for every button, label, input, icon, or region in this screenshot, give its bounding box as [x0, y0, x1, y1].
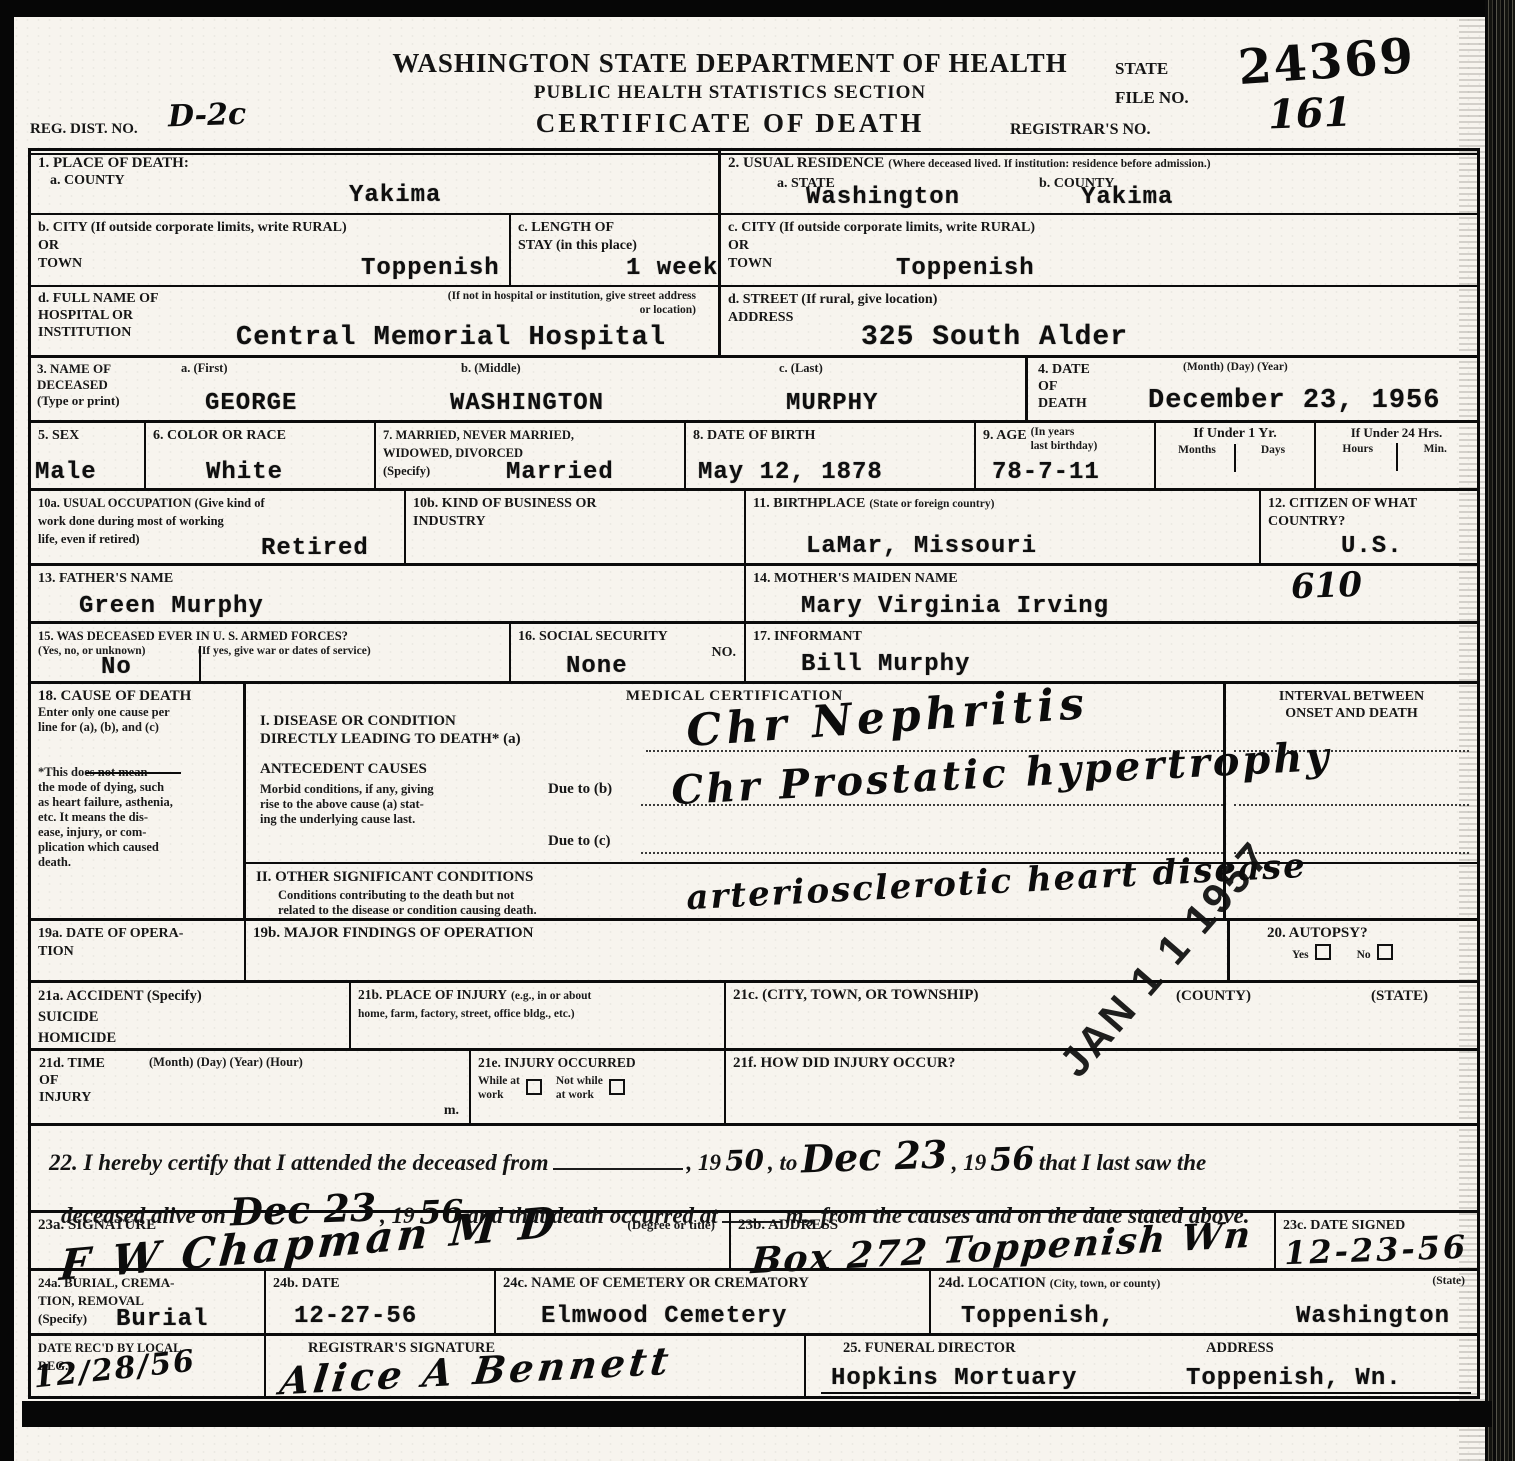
state-file-label: STATE FILE NO. — [1115, 55, 1189, 113]
field-date-of-operation: 19a. DATE OF OPERA- TION — [31, 921, 246, 980]
name-middle-value: WASHINGTON — [450, 390, 604, 417]
disease-label: I. DISEASE OR CONDITION DIRECTLY LEADING… — [260, 712, 521, 749]
row-signature: 23a. SIGNATURE (Degree or title) F W Cha… — [31, 1213, 1477, 1271]
field-birthplace: 11. BIRTHPLACE (State or foreign country… — [746, 491, 1261, 563]
under1yr-label: If Under 1 Yr. — [1160, 425, 1310, 442]
field-pod-city: b. CITY (If outside corporate limits, wr… — [31, 215, 511, 287]
field-res-street: d. STREET (If rural, give location) ADDR… — [721, 287, 1477, 355]
field-burial-type: 24a. BURIAL, CREMA- TION, REMOVAL (Speci… — [31, 1271, 266, 1333]
field-pod-stay: c. LENGTH OF STAY (in this place) 1 week — [511, 215, 718, 287]
field-age-under1yr: If Under 1 Yr. Months Days — [1156, 423, 1316, 488]
certify-to-label: , to — [768, 1150, 797, 1175]
row-parents: 13. FATHER'S NAME Green Murphy 14. MOTHE… — [31, 566, 1477, 624]
field-pod-county: 1. PLACE OF DEATH: a. COUNTY Yakima — [31, 151, 718, 215]
sex-value: Male — [35, 459, 97, 486]
dob-label: 8. DATE OF BIRTH — [693, 428, 815, 443]
field-signature: 23a. SIGNATURE (Degree or title) F W Cha… — [31, 1213, 731, 1268]
interval-label: INTERVAL BETWEEN ONSET AND DEATH — [1226, 688, 1477, 722]
field-informant: 17. INFORMANT Bill Murphy — [746, 624, 1477, 681]
pod-title: 1. PLACE OF DEATH: — [38, 155, 189, 171]
field-time-of-injury: 21d. TIME OF INJURY (Month) (Day) (Year)… — [31, 1051, 471, 1123]
certify-blank-from — [553, 1152, 683, 1170]
field-business: 10b. KIND OF BUSINESS OR INDUSTRY — [406, 491, 746, 563]
pod-hospital-paren: (If not in hospital or institution, give… — [256, 290, 696, 318]
autopsy-yes-label: Yes — [1292, 949, 1309, 961]
field-armed-forces: 15. WAS DECEASED EVER IN U. S. ARMED FOR… — [31, 624, 511, 681]
certify-to-date: Dec 23 — [801, 1131, 949, 1181]
row-injury-place: 21a. ACCIDENT (Specify) SUICIDE HOMICIDE… — [31, 983, 1477, 1051]
certificate-title: CERTIFICATE OF DEATH — [390, 108, 1070, 139]
autopsy-yes-checkbox — [1315, 944, 1331, 960]
date-operation-label: 19a. DATE OF OPERA- TION — [38, 926, 183, 959]
informant-value: Bill Murphy — [801, 651, 970, 678]
res-city-value: Toppenish — [896, 255, 1035, 282]
field-pod-hospital: d. FULL NAME OF HOSPITAL OR INSTITUTION … — [31, 287, 718, 355]
registrar-no-value: 161 — [1267, 89, 1352, 139]
res-title-paren: (Where deceased lived. If institution: r… — [888, 158, 1210, 170]
citizen-value: U.S. — [1341, 533, 1403, 560]
field-cemetery: 24c. NAME OF CEMETERY OR CREMATORY Elmwo… — [496, 1271, 931, 1333]
page-title: WASHINGTON STATE DEPARTMENT OF HEALTH — [390, 48, 1070, 79]
age-paren: (In years last birthday) — [1031, 426, 1098, 454]
due-b-label: Due to (b) — [548, 780, 612, 798]
time-injury-label: 21d. TIME OF INJURY — [39, 1055, 105, 1106]
antecedent-label: ANTECEDENT CAUSES — [260, 760, 427, 778]
field-date-received: DATE REC'D BY LOCAL REG. 12/28/56 — [31, 1336, 266, 1396]
cemetery-value: Elmwood Cemetery — [541, 1303, 787, 1330]
hours-label: Hours — [1320, 443, 1398, 471]
marital-value: Married — [506, 459, 614, 486]
field-marital: 7. MARRIED, NEVER MARRIED, WIDOWED, DIVO… — [376, 423, 686, 488]
field-injury-occurred: 21e. INJURY OCCURRED While at work Not w… — [471, 1051, 726, 1123]
row-name-dod: 3. NAME OF DECEASED (Type or print) a. (… — [31, 358, 1477, 423]
scan-edge-bottom — [22, 1401, 1492, 1427]
cause-label: 18. CAUSE OF DEATH — [38, 687, 236, 705]
injury-state-label: (STATE) — [1371, 987, 1428, 1005]
name-label: 3. NAME OF DECEASED (Type or print) — [37, 361, 120, 409]
signature-degree-label: (Degree or title) — [627, 1217, 715, 1233]
dod-paren: (Month) (Day) (Year) — [1183, 361, 1288, 375]
pod-city-label: b. CITY (If outside corporate limits, wr… — [38, 220, 347, 271]
field-age: 9. AGE (In years last birthday) 78-7-11 — [976, 423, 1156, 488]
forces-divider — [199, 646, 201, 681]
mother-label: 14. MOTHER'S MAIDEN NAME — [753, 571, 958, 586]
ssn-no-label: NO. — [712, 644, 737, 661]
cause-note1: Enter only one cause per line for (a), (… — [38, 705, 236, 735]
date-signed-value: 12-23-56 — [1283, 1228, 1468, 1272]
field-res-city: c. CITY (If outside corporate limits, wr… — [721, 215, 1477, 287]
injury-city-label: 21c. (CITY, TOWN, OR TOWNSHIP) — [733, 987, 978, 1003]
row-certify-statement: 22. I hereby certify that I attended the… — [31, 1126, 1477, 1213]
name-last-label: c. (Last) — [779, 361, 823, 376]
forces-paren2: (If yes, give war or dates of service) — [198, 645, 371, 659]
res-street-value: 325 South Alder — [861, 322, 1128, 353]
section-cause-of-death: 18. CAUSE OF DEATH Enter only one cause … — [31, 684, 246, 918]
ssn-value: None — [566, 653, 628, 680]
dod-label: 4. DATE OF DEATH — [1038, 361, 1090, 412]
field-accident: 21a. ACCIDENT (Specify) SUICIDE HOMICIDE — [31, 983, 351, 1048]
certify-part2: that I last saw the — [1039, 1150, 1206, 1175]
registrar-no-label: REGISTRAR'S NO. — [1010, 120, 1150, 140]
mother-value: Mary Virginia Irving — [801, 593, 1109, 620]
scan-edge-top — [0, 0, 1515, 17]
location-label: 24d. LOCATION — [938, 1275, 1046, 1291]
name-first-label: a. (First) — [181, 361, 228, 376]
while-at-work-label: While at work — [478, 1075, 520, 1103]
birthplace-value: LaMar, Missouri — [806, 533, 1037, 560]
race-label: 6. COLOR OR RACE — [153, 428, 286, 443]
business-label: 10b. KIND OF BUSINESS OR INDUSTRY — [413, 496, 596, 529]
burial-date-value: 12-27-56 — [294, 1303, 417, 1330]
field-dob: 8. DATE OF BIRTH May 12, 1878 — [686, 423, 976, 488]
scan-edge-right — [1485, 0, 1515, 1461]
funeral-director-value: Hopkins Mortuary — [831, 1365, 1077, 1392]
location-state-value: Washington — [1296, 1303, 1450, 1330]
not-while-at-work-checkbox — [609, 1079, 625, 1095]
mother-annotation: 610 — [1290, 565, 1362, 607]
field-sex: 5. SEX Male — [31, 423, 146, 488]
pod-county-value: Yakima — [349, 182, 441, 209]
accident-label: 21a. ACCIDENT (Specify) SUICIDE HOMICIDE — [38, 988, 202, 1046]
field-burial-location: 24d. LOCATION (City, town, or county) (S… — [931, 1271, 1477, 1333]
father-label: 13. FATHER'S NAME — [38, 571, 173, 586]
death-certificate-scan: WASHINGTON STATE DEPARTMENT OF HEALTH PU… — [0, 0, 1515, 1461]
field-signature-address: 23b. ADDRESS Box 272 Toppenish Wn — [731, 1213, 1276, 1268]
while-at-work-checkbox — [526, 1079, 542, 1095]
cause-note-divider — [86, 772, 181, 774]
field-major-findings: 19b. MAJOR FINDINGS OF OPERATION — [246, 921, 1230, 980]
funeral-director-label: 25. FUNERAL DIRECTOR — [843, 1340, 1016, 1356]
scan-streak — [1459, 0, 1485, 1461]
field-date-of-death: 4. DATE OF DEATH (Month) (Day) (Year) De… — [1028, 358, 1477, 420]
injury-occurred-label: 21e. INJURY OCCURRED — [478, 1055, 636, 1070]
time-injury-m-label: m. — [444, 1102, 459, 1119]
dob-value: May 12, 1878 — [698, 459, 883, 486]
row-forces-ssn-informant: 15. WAS DECEASED EVER IN U. S. ARMED FOR… — [31, 624, 1477, 684]
place-injury-label: 21b. PLACE OF INJURY — [358, 987, 507, 1002]
under24hrs-label: If Under 24 Hrs. — [1320, 425, 1473, 441]
sex-label: 5. SEX — [38, 428, 79, 443]
row-operation: 19a. DATE OF OPERA- TION 19b. MAJOR FIND… — [31, 921, 1477, 983]
field-funeral-director: 25. FUNERAL DIRECTOR ADDRESS Hopkins Mor… — [806, 1336, 1477, 1396]
pod-hospital-value: Central Memorial Hospital — [236, 323, 666, 353]
pod-city-value: Toppenish — [361, 255, 500, 282]
cemetery-label: 24c. NAME OF CEMETERY OR CREMATORY — [503, 1275, 809, 1291]
field-place-of-injury: 21b. PLACE OF INJURY (e.g., in or about … — [351, 983, 726, 1048]
field-citizen: 12. CITIZEN OF WHAT COUNTRY? U.S. — [1261, 491, 1477, 563]
ssn-label: 16. SOCIAL SECURITY — [518, 629, 668, 644]
birthplace-paren: (State or foreign country) — [869, 498, 994, 510]
time-injury-paren: (Month) (Day) (Year) (Hour) — [149, 1055, 303, 1070]
burial-date-label: 24b. DATE — [273, 1276, 340, 1291]
pod-stay-value: 1 week — [626, 255, 718, 282]
reg-dist-value: D-2c — [167, 97, 246, 135]
field-race: 6. COLOR OR RACE White — [146, 423, 376, 488]
certify-year-prefix1: , 19 — [687, 1150, 722, 1175]
certify-from-year: 50 — [724, 1143, 764, 1177]
burial-value: Burial — [116, 1306, 208, 1333]
row-burial: 24a. BURIAL, CREMA- TION, REMOVAL (Speci… — [31, 1271, 1477, 1336]
certify-part1: 22. I hereby certify that I attended the… — [49, 1150, 549, 1175]
reg-dist-label: REG. DIST. NO. — [30, 120, 138, 138]
field-burial-date: 24b. DATE 12-27-56 — [266, 1271, 496, 1333]
occupation-value: Retired — [261, 535, 369, 562]
pod-hospital-label: d. FULL NAME OF HOSPITAL OR INSTITUTION — [38, 290, 159, 341]
field-res-state-county: 2. USUAL RESIDENCE (Where deceased lived… — [721, 151, 1477, 215]
race-value: White — [206, 459, 283, 486]
funeral-address-label: ADDRESS — [1206, 1340, 1274, 1358]
certificate-form: 1. PLACE OF DEATH: a. COUNTY Yakima b. C… — [28, 148, 1480, 1399]
certify-year-prefix2: , 19 — [952, 1150, 987, 1175]
funeral-underline — [821, 1392, 1471, 1394]
autopsy-label: 20. AUTOPSY? — [1267, 925, 1368, 941]
birthplace-label: 11. BIRTHPLACE — [753, 496, 865, 511]
pod-stay-label: c. LENGTH OF STAY (in this place) — [518, 220, 637, 253]
citizen-label: 12. CITIZEN OF WHAT COUNTRY? — [1268, 496, 1417, 529]
signature-label: 23a. SIGNATURE — [38, 1217, 156, 1233]
field-date-signed: 23c. DATE SIGNED 12-23-56 — [1276, 1213, 1477, 1268]
occupation-label: 10a. USUAL OCCUPATION (Give kind of work… — [38, 496, 265, 546]
row-registrar-funeral: DATE REC'D BY LOCAL REG. 12/28/56 REGIST… — [31, 1336, 1477, 1396]
how-injury-label: 21f. HOW DID INJURY OCCUR? — [733, 1055, 955, 1071]
interval-line-b — [1234, 804, 1469, 806]
dod-value: December 23, 1956 — [1148, 386, 1440, 416]
father-value: Green Murphy — [79, 593, 264, 620]
field-registrar-signature: REGISTRAR'S SIGNATURE Alice A Bennett — [266, 1336, 806, 1396]
autopsy-no-label: No — [1357, 949, 1371, 961]
row-injury-detail: 21d. TIME OF INJURY (Month) (Day) (Year)… — [31, 1051, 1477, 1126]
name-middle-label: b. (Middle) — [461, 361, 521, 376]
signature-address-label: 23b. ADDRESS — [738, 1217, 838, 1233]
res-county-value: Yakima — [1081, 184, 1173, 211]
days-label: Days — [1236, 444, 1310, 472]
field-ssn: 16. SOCIAL SECURITY NO. None — [511, 624, 746, 681]
other-conditions-note: Conditions contributing to the death but… — [278, 888, 537, 918]
autopsy-no-checkbox — [1377, 944, 1393, 960]
cause-note2: *This does not mean the mode of dying, s… — [38, 765, 236, 870]
injury-county-label: (COUNTY) — [1176, 987, 1251, 1005]
months-label: Months — [1160, 444, 1236, 472]
funeral-address-value: Toppenish, Wn. — [1186, 1365, 1402, 1392]
informant-label: 17. INFORMANT — [753, 629, 862, 644]
location-city-value: Toppenish, — [961, 1303, 1115, 1330]
forces-label: 15. WAS DECEASED EVER IN U. S. ARMED FOR… — [38, 629, 348, 643]
name-last-value: MURPHY — [786, 390, 878, 417]
section-usual-residence: 2. USUAL RESIDENCE (Where deceased lived… — [721, 151, 1477, 355]
res-street-label: d. STREET (If rural, give location) ADDR… — [728, 292, 937, 325]
field-autopsy: 20. AUTOPSY? Yes No — [1230, 921, 1477, 980]
certify-to-year: 56 — [990, 1139, 1036, 1179]
major-findings-label: 19b. MAJOR FINDINGS OF OPERATION — [253, 925, 533, 941]
forces-value: No — [101, 654, 132, 681]
res-title: 2. USUAL RESIDENCE — [728, 155, 884, 171]
field-pod-city-stay: b. CITY (If outside corporate limits, wr… — [31, 215, 718, 287]
field-father: 13. FATHER'S NAME Green Murphy — [31, 566, 746, 621]
row-occupation: 10a. USUAL OCCUPATION (Give kind of work… — [31, 491, 1477, 566]
field-name-of-deceased: 3. NAME OF DECEASED (Type or print) a. (… — [31, 358, 1028, 420]
location-paren: (City, town, or county) — [1050, 1278, 1161, 1290]
row-place-residence: 1. PLACE OF DEATH: a. COUNTY Yakima b. C… — [31, 151, 1477, 358]
field-age-under24hrs: If Under 24 Hrs. Hours Min. — [1316, 423, 1477, 488]
name-first-value: GEORGE — [205, 390, 297, 417]
scan-edge-left — [0, 0, 14, 1461]
row-demographics: 5. SEX Male 6. COLOR OR RACE White 7. MA… — [31, 423, 1477, 491]
other-conditions-label: II. OTHER SIGNIFICANT CONDITIONS — [256, 868, 533, 886]
age-value: 78-7-11 — [992, 459, 1100, 486]
antecedent-note: Morbid conditions, if any, giving rise t… — [260, 782, 434, 827]
field-occupation: 10a. USUAL OCCUPATION (Give kind of work… — [31, 491, 406, 563]
res-state-value: Washington — [806, 184, 960, 211]
due-c-label: Due to (c) — [548, 832, 610, 850]
section-place-of-death: 1. PLACE OF DEATH: a. COUNTY Yakima b. C… — [31, 151, 721, 355]
not-while-at-work-label: Not while at work — [556, 1075, 603, 1103]
field-mother: 14. MOTHER'S MAIDEN NAME Mary Virginia I… — [746, 566, 1477, 621]
page-subtitle: PUBLIC HEALTH STATISTICS SECTION — [390, 82, 1070, 104]
age-label: 9. AGE — [983, 427, 1027, 444]
